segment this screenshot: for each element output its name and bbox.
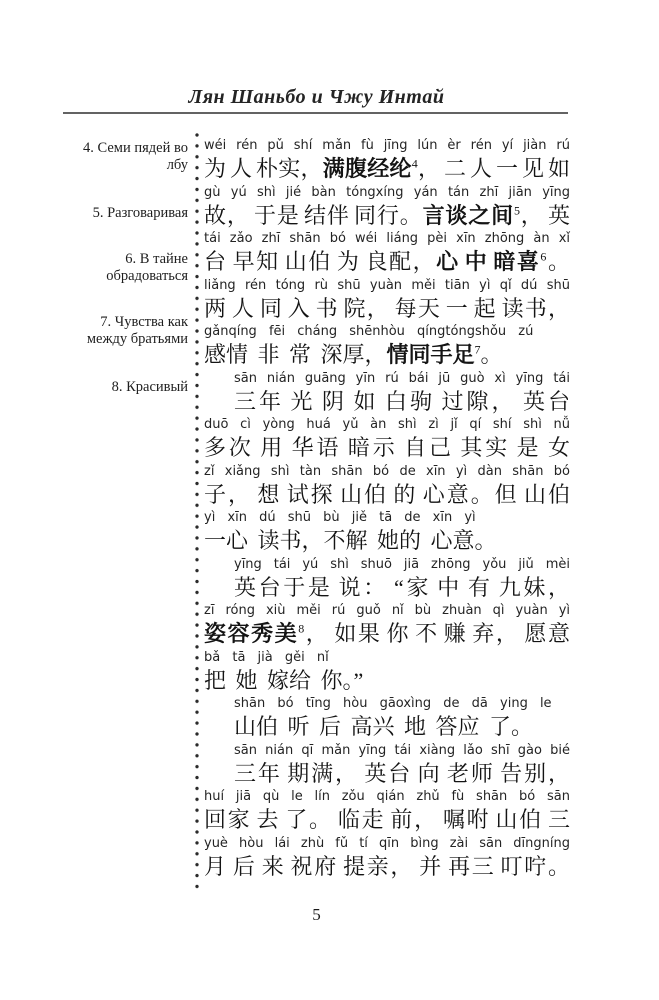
margin-note: 4. Семи пядей волбу [43, 140, 188, 174]
main-text: wéi rén pǔ shí mǎn fù jīng lún èr rén yí… [204, 137, 570, 881]
margin-note-line: 6. В тайне [43, 251, 188, 268]
text-line-pair: shān bó tīng hòu gāoxìng de dā ying le山伯… [204, 695, 570, 742]
page-number: 5 [64, 905, 569, 925]
hanzi-text: 故， 于是 结伴 同行。 [204, 203, 423, 228]
margin-note-line: лбу [43, 157, 188, 174]
margin-note: 5. Разговаривая [43, 205, 188, 222]
hanzi-line: 子， 想 试探 山伯 的 心意。但 山伯 [204, 480, 570, 510]
hanzi-line: 把 她 嫁给 你。” [204, 666, 570, 696]
hanzi-text: 为 人 朴实， [204, 156, 323, 181]
bold-idiom: 满腹经纶 [323, 156, 412, 181]
margin-note-line: между братьями [43, 331, 188, 348]
text-line-pair: yīng tái yú shì shuō jiā zhōng yǒu jiǔ m… [204, 556, 570, 603]
hanzi-text: 山伯 听 后 高兴 地 答应 了。 [234, 714, 533, 739]
text-line-pair: wéi rén pǔ shí mǎn fù jīng lún èr rén yí… [204, 137, 570, 184]
hanzi-text: 一心 读书，不解 她的 心意。 [204, 528, 497, 553]
pinyin-line: wéi rén pǔ shí mǎn fù jīng lún èr rén yí… [204, 137, 570, 154]
hanzi-line: 感情 非 常 深厚，情同手足7。 [204, 340, 570, 370]
pinyin-line: zǐ xiǎng shì tàn shān bó de xīn yì dàn s… [204, 463, 570, 480]
text-line-pair: yì xīn dú shū bù jiě tā de xīn yì一心 读书，不… [204, 509, 570, 556]
margin-note-line: 4. Семи пядей во [43, 140, 188, 157]
text-line-pair: liǎng rén tóng rù shū yuàn měi tiān yì q… [204, 277, 570, 324]
hanzi-text: 三年 期满， 英台 向 老师 告别， [234, 761, 570, 786]
hanzi-text: 。 [481, 342, 503, 367]
pinyin-line: sān nián guāng yīn rú bái jū guò xì yīng… [204, 370, 570, 387]
margin-note-line: 7. Чувства как [43, 314, 188, 331]
hanzi-text: 两 人 同 入 书 院， 每天 一 起 读书， [204, 296, 570, 321]
hanzi-line: 姿容秀美8， 如果 你 不 赚 弃， 愿意 [204, 619, 570, 649]
hanzi-text: 月 后 来 祝府 提亲， 并 再三 叮咛。 [204, 854, 570, 879]
text-line-pair: zǐ xiǎng shì tàn shān bó de xīn yì dàn s… [204, 463, 570, 510]
hanzi-text: 回家 去 了。 临走 前， 嘱咐 山伯 三 [204, 807, 570, 832]
hanzi-text: 。 [546, 249, 570, 274]
bold-idiom: 姿容秀美 [204, 621, 298, 646]
text-line-pair: zī róng xiù měi rú guǒ nǐ bù zhuàn qì yu… [204, 602, 570, 649]
margin-note-line: обрадоваться [43, 268, 188, 285]
hanzi-line: 为 人 朴实，满腹经纶4， 二 人 一 见 如 [204, 154, 570, 184]
pinyin-line: bǎ tā jià gěi nǐ [204, 649, 570, 666]
pinyin-line: sān nián qī mǎn yīng tái xiàng lǎo shī g… [204, 742, 570, 759]
margin-note: 7. Чувства какмежду братьями [43, 314, 188, 348]
margin-note: 6. В тайнеобрадоваться [43, 251, 188, 285]
hanzi-text: 台 早知 山伯 为 良配， [204, 249, 436, 274]
hanzi-line: 三年 期满， 英台 向 老师 告别， [204, 759, 570, 789]
pinyin-line: yuè hòu lái zhù fǔ tí qīn bìng zài sān d… [204, 835, 570, 852]
hanzi-text: 英台于是 说： “家 中 有 九妹， [234, 575, 570, 600]
text-line-pair: bǎ tā jià gěi nǐ把 她 嫁给 你。” [204, 649, 570, 696]
bold-idiom: 情同手足 [387, 342, 475, 367]
hanzi-line: 台 早知 山伯 为 良配，心 中 暗喜6。 [204, 247, 570, 277]
dotted-separator-line [194, 132, 200, 894]
hanzi-text: 多次 用 华语 暗示 自己 其实 是 女 [204, 435, 570, 460]
margin-note: 8. Красивый [43, 379, 188, 396]
hanzi-text: 子， 想 试探 山伯 的 心意。但 山伯 [204, 482, 570, 507]
text-line-pair: duō cì yòng huá yǔ àn shì zì jǐ qí shí s… [204, 416, 570, 463]
text-line-pair: sān nián qī mǎn yīng tái xiàng lǎo shī g… [204, 742, 570, 789]
hanzi-line: 山伯 听 后 高兴 地 答应 了。 [204, 712, 570, 742]
pinyin-line: shān bó tīng hòu gāoxìng de dā ying le [204, 695, 570, 712]
pinyin-line: huí jiā qù le lín zǒu qián zhǔ fù shān b… [204, 788, 570, 805]
pinyin-line: gù yú shì jié bàn tóngxíng yán tán zhī j… [204, 184, 570, 201]
text-line-pair: yuè hòu lái zhù fǔ tí qīn bìng zài sān d… [204, 835, 570, 882]
hanzi-line: 一心 读书，不解 她的 心意。 [204, 526, 570, 556]
hanzi-text: ， 如果 你 不 赚 弃， 愿意 [304, 621, 570, 646]
hanzi-line: 英台于是 说： “家 中 有 九妹， [204, 573, 570, 603]
book-page: Лян Шаньбо и Чжу Интай 4. Семи пядей вол… [0, 0, 659, 1000]
hanzi-line: 回家 去 了。 临走 前， 嘱咐 山伯 三 [204, 805, 570, 835]
hanzi-line: 故， 于是 结伴 同行。言谈之间5， 英 [204, 201, 570, 231]
text-line-pair: tái zǎo zhī shān bó wéi liáng pèi xīn zh… [204, 230, 570, 277]
hanzi-line: 三年 光 阴 如 白驹 过隙， 英台 [204, 387, 570, 417]
pinyin-line: yì xīn dú shū bù jiě tā de xīn yì [204, 509, 570, 526]
margin-note-line: 8. Красивый [43, 379, 188, 396]
margin-note-line: 5. Разговаривая [43, 205, 188, 222]
pinyin-line: zī róng xiù měi rú guǒ nǐ bù zhuàn qì yu… [204, 602, 570, 619]
pinyin-line: gǎnqíng fēi cháng shēnhòu qíngtóngshǒu z… [204, 323, 570, 340]
pinyin-line: duō cì yòng huá yǔ àn shì zì jǐ qí shí s… [204, 416, 570, 433]
text-line-pair: sān nián guāng yīn rú bái jū guò xì yīng… [204, 370, 570, 417]
text-line-pair: huí jiā qù le lín zǒu qián zhǔ fù shān b… [204, 788, 570, 835]
hanzi-text: 三年 光 阴 如 白驹 过隙， 英台 [234, 389, 570, 414]
hanzi-line: 两 人 同 入 书 院， 每天 一 起 读书， [204, 294, 570, 324]
hanzi-text: 把 她 嫁给 你。” [204, 668, 363, 693]
pinyin-line: liǎng rén tóng rù shū yuàn měi tiān yì q… [204, 277, 570, 294]
bold-idiom: 言谈之间 [423, 203, 514, 228]
pinyin-line: yīng tái yú shì shuō jiā zhōng yǒu jiǔ m… [204, 556, 570, 573]
hanzi-text: 感情 非 常 深厚， [204, 342, 387, 367]
hanzi-line: 月 后 来 祝府 提亲， 并 再三 叮咛。 [204, 852, 570, 882]
hanzi-line: 多次 用 华语 暗示 自己 其实 是 女 [204, 433, 570, 463]
text-line-pair: gǎnqíng fēi cháng shēnhòu qíngtóngshǒu z… [204, 323, 570, 370]
pinyin-line: tái zǎo zhī shān bó wéi liáng pèi xīn zh… [204, 230, 570, 247]
hanzi-text: ， 英 [520, 203, 570, 228]
bold-idiom: 心 中 暗喜 [436, 249, 540, 274]
hanzi-text: ， 二 人 一 见 如 [418, 156, 570, 181]
text-line-pair: gù yú shì jié bàn tóngxíng yán tán zhī j… [204, 184, 570, 231]
